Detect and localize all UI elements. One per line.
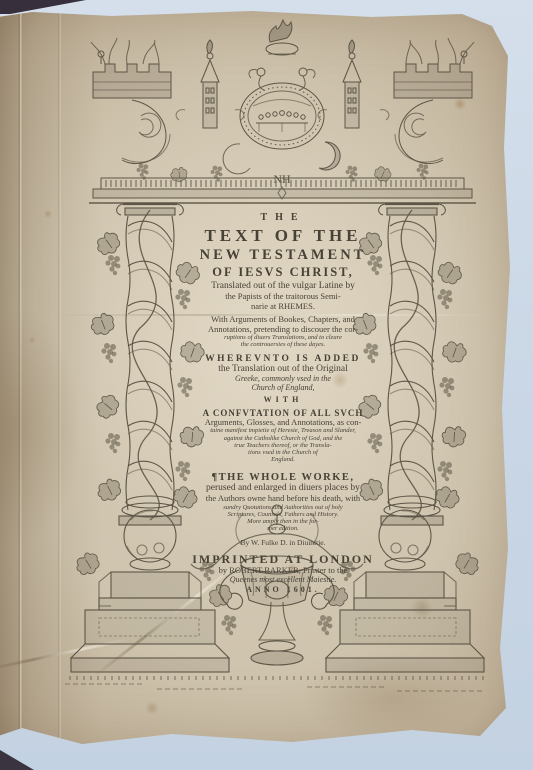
whole-worke-line-5: Scriptures, Counsels, Fathers and Histor… xyxy=(166,511,400,518)
whereunto-heading: WHEREVNTO IS ADDED xyxy=(166,354,400,365)
whole-worke-heading: ¶THE WHOLE WORKE, xyxy=(166,472,400,484)
whole-worke-line-4: sundry Quotations and Authorities out of… xyxy=(166,504,400,511)
imprint-anno: ANNO 1601. xyxy=(166,586,400,595)
translated-line-3: narie at RHEMES. xyxy=(166,302,400,312)
with-word: WITH xyxy=(166,396,400,405)
confutation-line-5: true Teachers thereof, or the Transla- xyxy=(166,442,400,449)
title-line-1: TEXT OF THE xyxy=(166,226,400,245)
title-text-block: THE TEXT OF THE NEW TESTAMENT OF IESVS C… xyxy=(166,212,400,595)
whole-worke-line-7: mer edition. xyxy=(166,525,400,532)
whole-worke-line-3: the Authors owne hand before his death, … xyxy=(166,494,400,504)
page-crease xyxy=(58,8,61,752)
imprint-line-1: IMPRINTED AT LONDON xyxy=(166,553,400,566)
page-crease xyxy=(18,8,22,752)
whereunto-line-4: Church of England, xyxy=(166,384,400,393)
confutation-line-6: tions vsed in the Church of xyxy=(166,449,400,456)
arguments-line-3: ruptions of diuers Translations, and to … xyxy=(166,334,400,341)
arguments-line-4: the controuersies of these dayes. xyxy=(166,341,400,348)
page-gutter-shadow xyxy=(0,8,112,752)
title-line-2: NEW TESTAMENT xyxy=(166,247,400,263)
imprint-line-3: Queenes most excellent Maiestie. xyxy=(166,576,400,585)
author-byline: By W. Fulke D. in Diuinitie. xyxy=(166,539,400,547)
confutation-line-7: England. xyxy=(166,456,400,463)
whole-worke-line-6: More amply then in the for- xyxy=(166,518,400,525)
arguments-line-2: Annotations, pretending to discouer the … xyxy=(166,325,400,335)
confutation-line-4: against the Catholike Church of God, and… xyxy=(166,435,400,442)
confutation-line-3: taine manifest impietie of Heresie, Trea… xyxy=(166,427,400,434)
confutation-line-2: Arguments, Glosses, and Annotations, as … xyxy=(166,418,400,428)
title-the: THE xyxy=(166,212,400,223)
title-line-3: OF IESVS CHRIST, xyxy=(166,265,400,279)
